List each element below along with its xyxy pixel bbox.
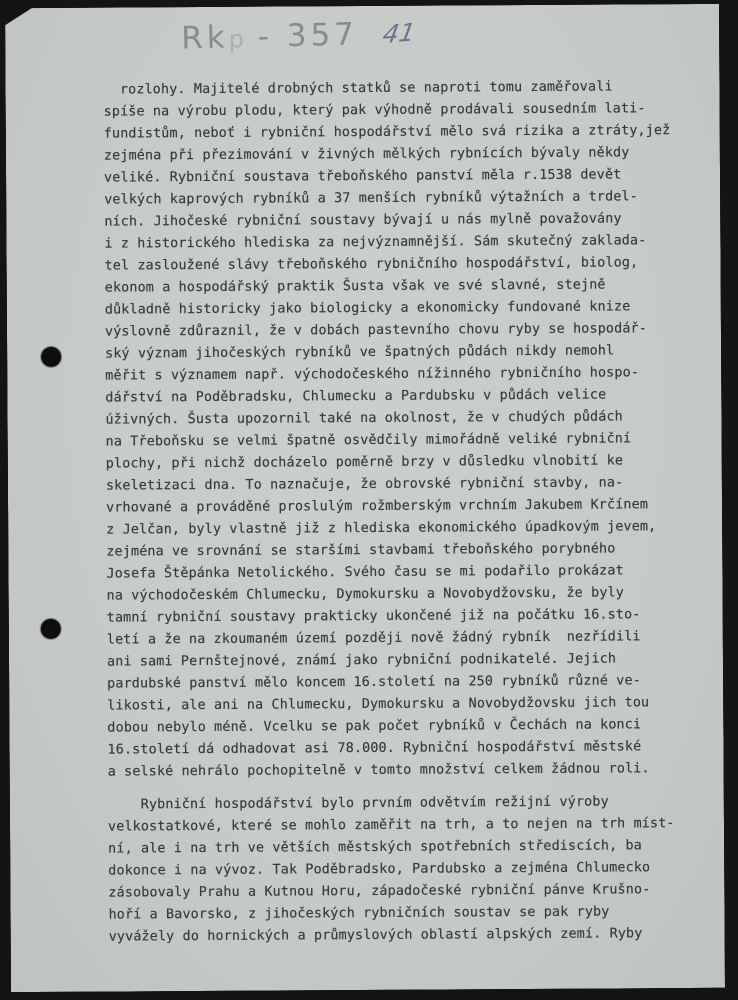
- manuscript-page: Rkp - 357 41 rozlohy. Majitelé drobných …: [5, 4, 725, 992]
- text-line: velkých kaprových rybníků a 37 menších r…: [104, 186, 716, 212]
- archival-signature-main: Rk: [181, 20, 229, 57]
- hole-punch-bottom: [41, 619, 61, 639]
- text-line: letí a že na zkoumaném území později nov…: [107, 626, 719, 652]
- hole-punch-top: [41, 347, 61, 367]
- text-line: a selské nehrálo pochopitelně v tomto mn…: [108, 758, 720, 784]
- handwritten-page-number: 41: [380, 18, 417, 49]
- archival-signature: Rkp - 357: [181, 16, 359, 56]
- text-line: měřit s významem např. východočeského ní…: [105, 362, 717, 388]
- archival-signature-faint-stroke: p: [228, 25, 244, 53]
- typewritten-text: rozlohy. Majitelé drobných statků se nap…: [103, 76, 720, 949]
- text-line: vyvážely do hornických a průmyslových ob…: [109, 923, 721, 949]
- text-line: zásobovaly Prahu a Kutnou Horu, západoče…: [108, 879, 720, 905]
- text-line: výslovně zdůraznil, že v dobách pastevní…: [105, 318, 717, 344]
- text-line: z Jelčan, byly vlastně již z hlediska ek…: [106, 516, 718, 542]
- text-line: na Třeboňsku se velmi špatně osvědčily m…: [106, 428, 718, 454]
- paragraph: rozlohy. Majitelé drobných statků se nap…: [103, 76, 719, 784]
- paragraph: Rybniční hospodářství bylo prvním odvětv…: [108, 791, 721, 949]
- text-line: zejména při přezimování v živných mělkýc…: [104, 142, 716, 168]
- archival-signature-number: - 357: [243, 16, 358, 55]
- text-line: tel zasloužené slávy třeboňského rybničn…: [105, 252, 717, 278]
